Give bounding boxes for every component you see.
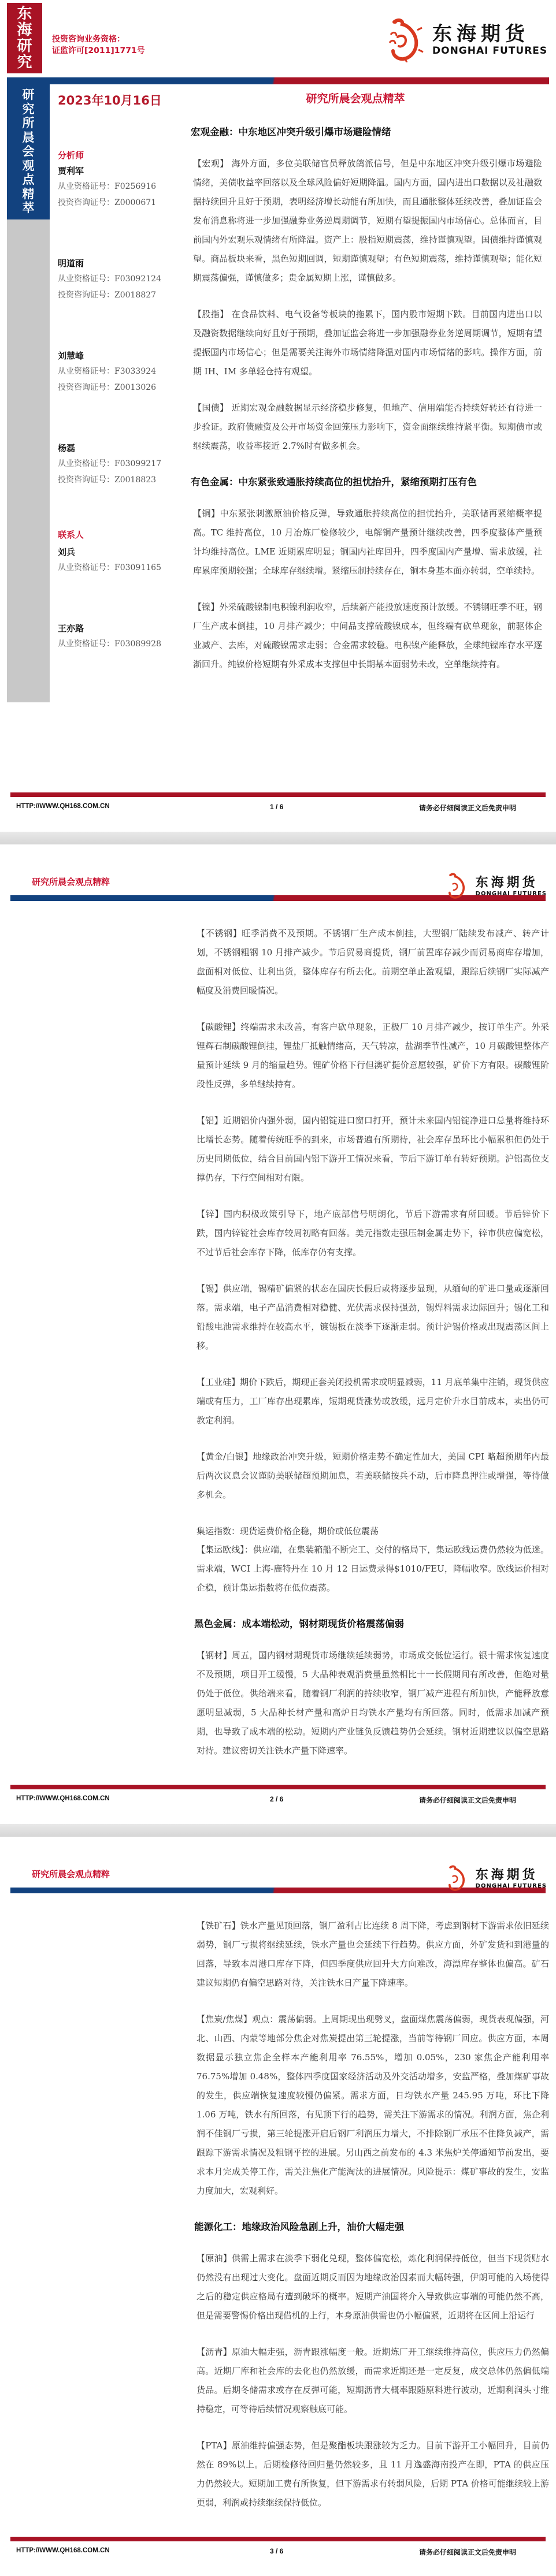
disclaimer-notice: 请务必仔细阅读正文后免责申明 <box>419 803 516 813</box>
page-3: 研究所晨会观点精粹 东海期货 DONGHAI FUTURES 【铁矿石】铁水产量… <box>0 1837 556 2576</box>
paragraph-text: 国内积极政策引导下，地产底部信号明朗化，节后下游需求有所回暖。节后锌价下跌，国内… <box>197 1209 549 1257</box>
paragraph-tin: 【锡】供应端，锡精矿偏紧的状态在国庆长假后或将逐步显现，从缅甸的矿进口量或逐渐回… <box>197 1279 549 1356</box>
footer-divider <box>10 792 546 797</box>
page-header: 研究所晨会观点精粹 东海期货 DONGHAI FUTURES <box>0 844 556 908</box>
paragraph-steel: 【钢材】周五，国内钢材期现货市场继续延续弱势，市场成交低位运行。银十需求恢复速度… <box>197 1646 549 1760</box>
sidebar-vertical-title: 研 究 所 晨 会 观 点 精 萃 <box>7 83 50 219</box>
running-title: 研究所晨会观点精粹 <box>32 1868 110 1880</box>
analyst-card: 贾利军 从业资格证号：F0256916 投资咨询证号：Z0000671 <box>58 163 188 211</box>
analyst-name: 杨磊 <box>58 441 188 456</box>
license-info: 投资咨询业务资格： 证监许可[2011]1771号 <box>52 33 145 57</box>
paragraph-lithium-carbonate: 【碳酸锂】终端需求未改善，有客户砍单现象，正极厂 10 月排产减少，按订单生产。… <box>197 1018 549 1094</box>
title-char: 所 <box>23 116 35 131</box>
qualification-number: 从业资格证号：F03099217 <box>58 456 188 472</box>
page-footer: HTTP://WWW.QH168.COM.CN 1 / 6 请务必仔细阅读正文后… <box>0 786 556 832</box>
analyst-column: 2023年10月16日 分析师 贾利军 从业资格证号：F0256916 投资咨询… <box>50 81 188 786</box>
license-line: 投资咨询业务资格： <box>52 33 145 45</box>
logo-english-name: DONGHAI FUTURES <box>476 891 547 897</box>
analyst-card: 刘慧峰 从业资格证号：F3033924 投资咨询证号：Z0013026 <box>58 348 188 396</box>
paragraph-industrial-silicon: 【工业硅】期价下跌后，期现正套关闭投机需求或明显减弱，11 月底单集中注销，现货… <box>197 1373 549 1430</box>
contacts-label: 联系人 <box>58 527 188 542</box>
contact-card: 王亦路 从业资格证号：F03089928 <box>58 621 188 652</box>
research-tag: 东 海 研 究 <box>7 3 42 73</box>
section-heading-ferrous: 黑色金属：成本端松动，钢材期现货价格震荡偏弱 <box>194 1617 553 1631</box>
paragraph-stock-index: 【股指】 在食品饮料、电气设备等板块的拖累下，国内股市短期下跌。目前国内进出口以… <box>193 305 542 381</box>
analyst-card: 杨磊 从业资格证号：F03099217 投资咨询证号：Z0018823 <box>58 441 188 488</box>
qualification-number: 从业资格证号：F03092124 <box>58 271 188 287</box>
page-header: 东 海 研 究 投资咨询业务资格： 证监许可[2011]1771号 东海期货 D… <box>0 0 556 81</box>
tag-char: 海 <box>17 22 32 38</box>
paragraph-iron-ore: 【铁矿石】铁水产量见顶回落，钢厂盈利占比连续 8 周下降，考虑到钢材下游需求依旧… <box>197 1916 549 1993</box>
title-char: 精 <box>23 187 35 202</box>
paragraph-text: 中东紧张刺激原油价格反弹，导致通胀持续高位的担忧抬升，美联储再紧缩概率提高。TC… <box>193 508 542 576</box>
paragraph-copper: 【铜】中东紧张刺激原油价格反弹，导致通胀持续高位的担忧抬升，美联储再紧缩概率提高… <box>193 504 542 580</box>
qualification-number: 从业资格证号：F3033924 <box>58 363 188 379</box>
paragraph-tag: 【铜】 <box>193 508 220 519</box>
paragraph-tag: 【沥青】 <box>197 2347 232 2357</box>
disclaimer-notice: 请务必仔细阅读正文后免责申明 <box>419 2547 516 2557</box>
title-char: 研 <box>23 88 35 102</box>
section-heading-energy: 能源化工：地缘政治风险急剧上升，油价大幅走强 <box>194 2220 553 2234</box>
report-title: 研究所晨会观点精萃 <box>165 90 546 106</box>
running-title: 研究所晨会观点精粹 <box>32 876 110 888</box>
logo-chinese-name: 东海期货 <box>476 876 547 891</box>
company-logo: 东海期货 DONGHAI FUTURES <box>447 872 547 900</box>
sidebar-grey-band <box>7 219 50 702</box>
paragraph-gold-silver: 【黄金/白银】地缘政治冲突升级，短期价格走势不确定性加大，美国 CPI 略超预期… <box>197 1447 549 1505</box>
analyst-name: 贾利军 <box>58 163 188 178</box>
consulting-number: 投资咨询证号：Z0018823 <box>58 472 188 488</box>
logo-english-name: DONGHAI FUTURES <box>476 1883 547 1889</box>
paragraph-coke-coal: 【焦炭/焦煤】观点：震荡偏弱。上周期现出现劈叉，盘面煤焦震荡偏弱，现货表现偏强，… <box>197 2010 549 2201</box>
paragraph-text: 旺季消费不及预期。不锈钢厂生产成本倒挂，大型钢厂陆续发布减产、转产计划，不锈钢粗… <box>197 928 549 996</box>
paragraph-text: 期价下跌后，期现正套关闭投机需求或明显减弱，11 月底单集中注销，现货供应端或有… <box>197 1377 549 1425</box>
tag-char: 研 <box>17 38 32 54</box>
title-char: 究 <box>23 102 35 117</box>
paragraph-tag: 【宏观】 <box>193 158 228 169</box>
paragraph-asphalt: 【沥青】原油大幅走强，沥青跟涨幅度一般。近期炼厂开工继续维持高位，供应压力仍然偏… <box>197 2343 549 2419</box>
paragraph-tag: 【锡】 <box>197 1283 223 1294</box>
paragraph-tag: 【原油】 <box>197 2253 232 2264</box>
paragraph-tag: 【铝】 <box>197 1115 223 1126</box>
consulting-number: 投资咨询证号：Z0013026 <box>58 379 188 396</box>
paragraph-treasury: 【国债】 近期宏观金融数据显示经济稳步修复，但地产、信用端能否持续好转还有待进一… <box>193 399 542 456</box>
paragraph-tag: 【股指】 <box>193 309 228 319</box>
consulting-number: 投资咨询证号：Z0018827 <box>58 287 188 303</box>
footer-divider <box>10 2537 546 2541</box>
analyst-name: 明道雨 <box>58 256 188 271</box>
paragraph-tag: 【镍】 <box>193 602 219 612</box>
disclaimer-notice: 请务必仔细阅读正文后免责申明 <box>419 1795 516 1805</box>
page-number: 1 / 6 <box>270 803 283 811</box>
paragraph-text: 观点：震荡偏弱。上周期现出现劈叉，盘面煤焦震荡偏弱，现货表现偏强，河北、山西、内… <box>197 2014 549 2196</box>
qualification-number: 从业资格证号：F03091165 <box>58 560 188 576</box>
page-1: 东 海 研 究 投资咨询业务资格： 证监许可[2011]1771号 东海期货 D… <box>0 0 556 832</box>
analysts-label: 分析师 <box>58 149 188 161</box>
license-number: 证监许可[2011]1771号 <box>52 45 145 57</box>
paragraph-pta: 【PTA】原油维持偏强态势，但是聚酯板块跟涨较为乏力。目前下游开工小幅回升，目前… <box>197 2436 549 2512</box>
paragraph-nickel: 【镍】外采硫酸镍制电积镍利润收窄，后续新产能投放速度预计放缓。不锈钢旺季不旺，钢… <box>193 598 542 674</box>
contact-name: 刘兵 <box>58 545 188 560</box>
dragon-logo-icon <box>388 17 427 62</box>
paragraph-tag: 【不锈钢】 <box>197 928 242 939</box>
paragraph-tag: 【钢材】 <box>197 1650 232 1661</box>
page-footer: HTTP://WWW.QH168.COM.CN 2 / 6 请务必仔细阅读正文后… <box>0 1778 556 1824</box>
paragraph-stainless-steel: 【不锈钢】旺季消费不及预期。不锈钢厂生产成本倒挂，大型钢厂陆续发布减产、转产计划… <box>197 924 549 1000</box>
title-char: 萃 <box>23 201 35 215</box>
paragraph-text: 海外方面，多位美联储官员释放鸽派信号，但是中东地区冲突升级引爆市场避险情绪，美债… <box>193 158 542 283</box>
section-heading-shipping: 集运指数：现货运费价格企稳，期价或低位震荡 <box>197 1522 553 1540</box>
page-separator <box>0 1824 556 1837</box>
qualification-number: 从业资格证号：F0256916 <box>58 178 188 195</box>
paragraph-crude-oil: 【原油】供需上需求在淡季下弱化兑现，整体偏宽松，炼化利润保持低位，但当下现货贴水… <box>197 2249 549 2325</box>
paragraph-text: 周五，国内钢材期现货市场继续延续弱势，市场成交低位运行。银十需求恢复速度不及预期… <box>197 1650 549 1756</box>
company-logo: 东海期货 DONGHAI FUTURES <box>447 1864 547 1892</box>
logo-chinese-name: 东海期货 <box>432 23 547 45</box>
section-heading-macro: 宏观金融：中东地区冲突升级引爆市场避险情绪 <box>191 125 546 139</box>
tag-char: 东 <box>17 6 32 22</box>
consulting-number: 投资咨询证号：Z0000671 <box>58 195 188 211</box>
sidebar: 研 究 所 晨 会 观 点 精 萃 <box>7 83 50 786</box>
analyst-name: 刘慧峰 <box>58 348 188 363</box>
website-link[interactable]: HTTP://WWW.QH168.COM.CN <box>16 2547 110 2554</box>
company-logo: 东海期货 DONGHAI FUTURES <box>388 17 547 62</box>
contact-name: 王亦路 <box>58 621 188 636</box>
paragraph-aluminum: 【铝】近期铝价内强外弱，国内铝锭进口窗口打开，预计未来国内铝锭净进口总量将维持环… <box>197 1111 549 1188</box>
page-header: 研究所晨会观点精粹 东海期货 DONGHAI FUTURES <box>0 1837 556 1900</box>
paragraph-tag: 【国债】 <box>193 403 228 413</box>
title-char: 晨 <box>23 131 35 145</box>
paragraph-tag: 【焦炭/焦煤】 <box>197 2014 252 2024</box>
website-link[interactable]: HTTP://WWW.QH168.COM.CN <box>16 1795 110 1802</box>
paragraph-text: 供需上需求在淡季下弱化兑现，整体偏宽松，炼化利润保持低位，但当下现货贴水仍然没有… <box>197 2253 549 2321</box>
page-2: 研究所晨会观点精粹 东海期货 DONGHAI FUTURES 【不锈钢】旺季消费… <box>0 844 556 1824</box>
contact-card: 刘兵 从业资格证号：F03091165 <box>58 545 188 576</box>
paragraph-tag: 【铁矿石】 <box>197 1920 240 1931</box>
paragraph-macro: 【宏观】 海外方面，多位美联储官员释放鸽派信号，但是中东地区冲突升级引爆市场避险… <box>193 154 542 288</box>
paragraph-tag: 【锌】 <box>197 1209 224 1219</box>
dragon-logo-icon <box>447 1864 470 1892</box>
paragraph-text: 近期宏观金融数据显示经济稳步修复，但地产、信用端能否持续好转还有待进一步验证。政… <box>193 403 542 451</box>
paragraph-tag: 【碳酸锂】 <box>197 1022 240 1032</box>
page-number: 2 / 6 <box>270 1795 283 1803</box>
analyst-card: 明道雨 从业资格证号：F03092124 投资咨询证号：Z0018827 <box>58 256 188 303</box>
paragraph-text: 在食品饮料、电气设备等板块的拖累下，国内股市短期下跌。目前国内进出口以及融资数据… <box>193 309 542 377</box>
paragraph-tag: 【工业硅】 <box>197 1377 240 1387</box>
report-content: 【不锈钢】旺季消费不及预期。不锈钢厂生产成本倒挂，大型钢厂陆续发布减产、转产计划… <box>0 908 556 1760</box>
website-link[interactable]: HTTP://WWW.QH168.COM.CN <box>16 803 110 810</box>
section-heading-nonferrous: 有色金属：中东紧张致通胀持续高位的担忧抬升，紧缩预期打压有色 <box>191 475 546 489</box>
paragraph-tag: 【PTA】 <box>197 2440 232 2451</box>
title-char: 会 <box>23 144 35 159</box>
paragraph-text: 供应端，锡精矿偏紧的状态在国庆长假后或将逐步显现，从缅甸的矿进口量或逐渐回落。需… <box>197 1283 549 1351</box>
logo-english-name: DONGHAI FUTURES <box>432 45 547 57</box>
dragon-logo-icon <box>447 872 470 900</box>
paragraph-text: 终端需求未改善，有客户砍单现象，正极厂 10 月排产减少，按订单生产。外采锂辉石… <box>197 1022 549 1089</box>
paragraph-container-shipping: 【集运欧线】：供应端，在集装箱船不断完工、交付的格局下，集运欧线运费仍然较为低迷… <box>197 1540 549 1598</box>
tag-char: 究 <box>17 54 32 70</box>
paragraph-tag: 【黄金/白银】 <box>197 1451 253 1462</box>
paragraph-text: 近期铝价内强外弱，国内铝锭进口窗口打开，预计未来国内铝锭净进口总量将维持环比增长… <box>197 1115 549 1183</box>
report-content: 【铁矿石】铁水产量见顶回落，钢厂盈利占比连续 8 周下降，考虑到钢材下游需求依旧… <box>0 1900 556 2512</box>
title-char: 点 <box>23 173 35 187</box>
paragraph-text: 原油大幅走强，沥青跟涨幅度一般。近期炼厂开工继续维持高位，供应压力仍然偏高。近期… <box>197 2347 549 2414</box>
title-char: 观 <box>23 159 35 173</box>
paragraph-text: 原油维持偏强态势，但是聚酯板块跟涨较为乏力。目前下游开工小幅回升，目前仍然在 8… <box>197 2440 549 2508</box>
qualification-number: 从业资格证号：F03089928 <box>58 636 188 652</box>
page-number: 3 / 6 <box>270 2547 283 2555</box>
page-separator <box>0 832 556 844</box>
paragraph-zinc: 【锌】国内积极政策引导下，地产底部信号明朗化，节后下游需求有所回暖。节后锌价下跌… <box>197 1205 549 1262</box>
paragraph-text: ：供应端，在集装箱船不断完工、交付的格局下，集运欧线运费仍然较为低迷。需求端，W… <box>197 1544 549 1593</box>
paragraph-text: 铁水产量见顶回落，钢厂盈利占比连续 8 周下降，考虑到钢材下游需求依旧延续弱势，… <box>197 1920 549 1988</box>
paragraph-tag: 【集运欧线】 <box>197 1544 244 1555</box>
page-footer: HTTP://WWW.QH168.COM.CN 3 / 6 请务必仔细阅读正文后… <box>0 2530 556 2576</box>
report-content: 研究所晨会观点精萃 宏观金融：中东地区冲突升级引爆市场避险情绪 【宏观】 海外方… <box>188 81 546 786</box>
footer-divider <box>10 1785 546 1789</box>
paragraph-text: 外采硫酸镍制电积镍利润收窄，后续新产能投放速度预计放缓。不锈钢旺季不旺，钢厂生产… <box>193 602 542 669</box>
logo-chinese-name: 东海期货 <box>476 1868 547 1883</box>
